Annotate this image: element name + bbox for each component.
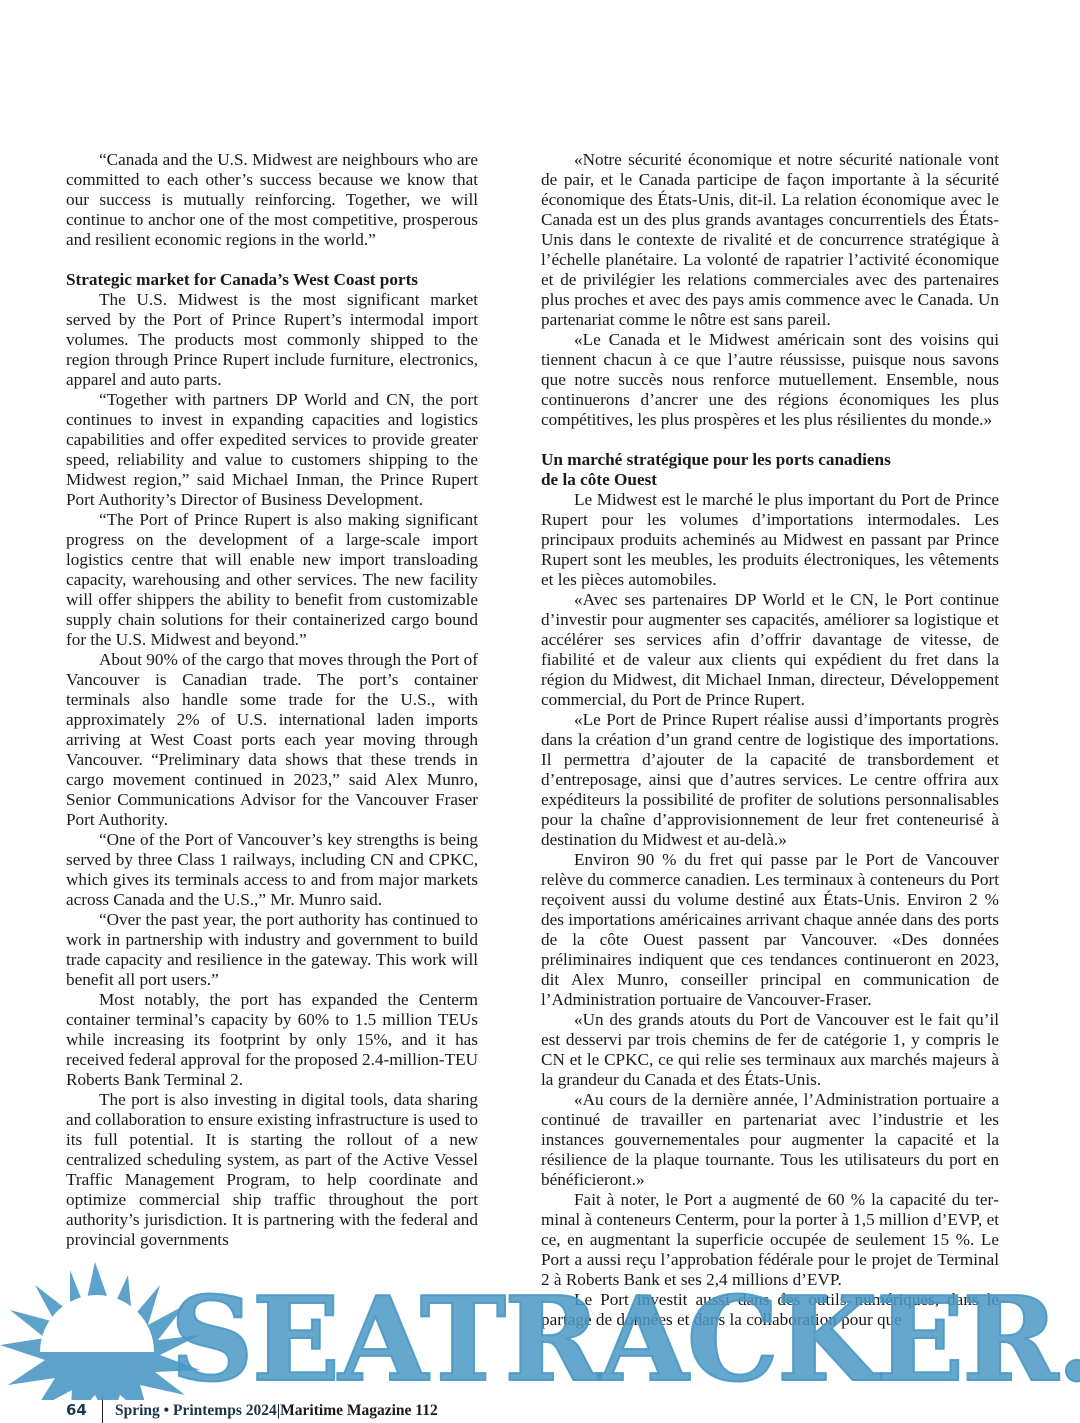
issue-label: Spring • Printemps 2024	[115, 1402, 277, 1419]
body-paragraph: Environ 90 % du fret qui passe par le Po…	[541, 850, 999, 1010]
english-column: “Canada and the U.S. Midwest are neighbo…	[66, 150, 478, 1250]
body-paragraph: «Le Port de Prince Rupert réalise aussi …	[541, 710, 999, 850]
body-paragraph: «Au cours de la dernière année, l’Admini…	[541, 1090, 999, 1190]
section-heading-line2: de la côte Ouest	[541, 470, 657, 489]
spacer	[541, 430, 999, 450]
body-paragraph: “The Port of Prince Rupert is also makin…	[66, 510, 478, 650]
body-paragraph: The U.S. Midwest is the most significant…	[66, 290, 478, 390]
french-column: «Notre sécurité économique et notre sécu…	[541, 150, 999, 1330]
body-paragraph: About 90% of the cargo that moves throug…	[66, 650, 478, 830]
body-paragraph: The port is also investing in digital to…	[66, 1090, 478, 1250]
body-paragraph: «Avec ses partenaires DP World et le CN,…	[541, 590, 999, 710]
body-paragraph: “Together with partners DP World and CN,…	[66, 390, 478, 510]
quote-paragraph: «Notre sécurité économique et notre sécu…	[541, 150, 999, 330]
spacer	[66, 250, 478, 270]
body-paragraph: “One of the Port of Vancouver’s key stre…	[66, 830, 478, 910]
quote-paragraph: «Le Canada et le Midwest américain sont …	[541, 330, 999, 430]
magazine-label: Maritime Magazine 112	[280, 1402, 438, 1419]
footer-issue-info: Spring • Printemps 2024|Maritime Magazin…	[115, 1402, 438, 1420]
section-heading: Strategic market for Canada’s West Coast…	[66, 270, 478, 290]
page-footer: 64	[66, 1397, 96, 1423]
page-number: 64	[66, 1401, 96, 1419]
body-paragraph: «Un des grands atouts du Port de Vancouv…	[541, 1010, 999, 1090]
body-paragraph: Le Midwest est le marché le plus importa…	[541, 490, 999, 590]
watermark-text: SEATRACKER.RU	[170, 1282, 1080, 1398]
footer-divider	[102, 1397, 103, 1423]
section-heading-line1: Un marché stratégique pour les ports can…	[541, 450, 891, 469]
magazine-page: “Canada and the U.S. Midwest are neighbo…	[0, 0, 1080, 1423]
body-paragraph: Most notably, the port has expanded the …	[66, 990, 478, 1090]
section-heading: Un marché stratégique pour les ports can…	[541, 450, 999, 490]
body-paragraph: “Over the past year, the port authority …	[66, 910, 478, 990]
quote-paragraph: “Canada and the U.S. Midwest are neighbo…	[66, 150, 478, 250]
